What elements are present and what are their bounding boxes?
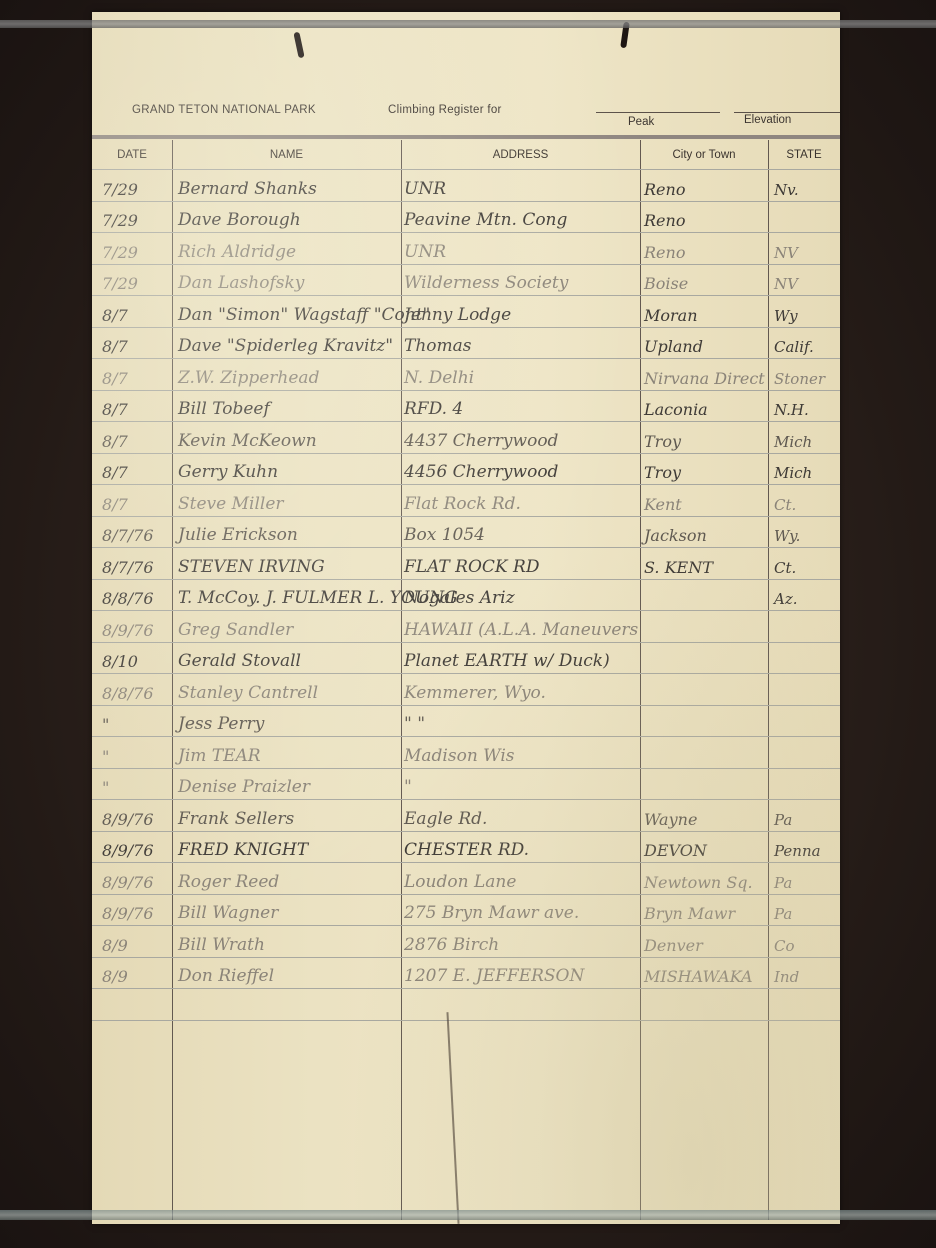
peak-label: Peak bbox=[628, 116, 654, 128]
entry-date: " bbox=[102, 715, 109, 734]
entry-city: DEVON bbox=[644, 841, 707, 860]
entry-address: 275 Bryn Mawr ave. bbox=[404, 903, 579, 923]
column-header-address: ADDRESS bbox=[401, 149, 640, 161]
table-row: 7/29Dave BoroughPeavine Mtn. CongReno bbox=[92, 201, 840, 233]
entry-name: STEVEN IRVING bbox=[178, 557, 325, 577]
entry-address: " " bbox=[404, 714, 425, 734]
glass-edge-top bbox=[0, 20, 936, 28]
table-row: 8/7/76Julie EricksonBox 1054JacksonWy. bbox=[92, 516, 840, 548]
entry-state: Wy bbox=[774, 307, 798, 325]
entry-address: Peavine Mtn. Cong bbox=[404, 210, 567, 230]
table-row: 8/7Bill TobeefRFD. 4LaconiaN.H. bbox=[92, 390, 840, 422]
entry-state: NV bbox=[774, 244, 798, 262]
entry-city: Troy bbox=[644, 463, 681, 482]
column-header-date: DATE bbox=[92, 149, 172, 161]
table-row: 8/9/76Greg SandlerHAWAII (A.L.A. Maneuve… bbox=[92, 610, 840, 642]
column-header-city: City or Town bbox=[640, 149, 768, 161]
entry-name: Dan "Simon" Wagstaff "Cont" bbox=[178, 305, 430, 325]
column-divider bbox=[768, 140, 769, 1220]
entry-state: N.H. bbox=[774, 401, 809, 419]
column-header-name: NAME bbox=[172, 149, 401, 161]
entry-date: 8/9/76 bbox=[102, 810, 154, 829]
entry-city: S. KENT bbox=[644, 558, 713, 577]
entry-city: Jackson bbox=[644, 526, 707, 545]
register-table: DATE NAME ADDRESS City or Town STATE 7/2… bbox=[92, 140, 840, 1220]
entry-address: Kemmerer, Wyo. bbox=[404, 683, 546, 703]
entry-name: Z.W. Zipperhead bbox=[178, 368, 319, 388]
entry-address: Flat Rock Rd. bbox=[404, 494, 521, 514]
column-header-state: STATE bbox=[768, 149, 840, 161]
entry-date: 8/7 bbox=[102, 432, 128, 451]
entry-city: Reno bbox=[644, 180, 685, 199]
entry-name: T. McCoy. J. FULMER L. YOUNG bbox=[178, 588, 458, 608]
entry-city: MISHAWAKA bbox=[644, 967, 753, 986]
entry-city: Laconia bbox=[644, 400, 708, 419]
table-row: 8/9/76Frank SellersEagle Rd.WaynePa bbox=[92, 799, 840, 831]
column-divider bbox=[640, 140, 641, 1220]
entry-name: Jess Perry bbox=[178, 714, 264, 734]
entry-state: Ct. bbox=[774, 559, 796, 577]
entry-name: Denise Praizler bbox=[178, 777, 310, 797]
table-row: 8/7Gerry Kuhn4456 CherrywoodTroyMich bbox=[92, 453, 840, 485]
entry-name: Dave Borough bbox=[178, 210, 301, 230]
entry-state: Nv. bbox=[774, 181, 799, 199]
entry-city: Kent bbox=[644, 495, 682, 514]
entry-name: Rich Aldridge bbox=[178, 242, 296, 262]
entry-date: 8/7/76 bbox=[102, 526, 154, 545]
entry-date: 7/29 bbox=[102, 211, 138, 230]
entry-state: Mich bbox=[774, 433, 812, 451]
table-row: 8/8/76Stanley CantrellKemmerer, Wyo. bbox=[92, 673, 840, 705]
entry-address: Eagle Rd. bbox=[404, 809, 487, 829]
entry-address: UNR bbox=[404, 179, 446, 199]
table-row: 8/7Kevin McKeown4437 CherrywoodTroyMich bbox=[92, 421, 840, 453]
entry-city: Boise bbox=[644, 274, 688, 293]
table-row: "Jim TEARMadison Wis bbox=[92, 736, 840, 768]
entry-state: NV bbox=[774, 275, 798, 293]
entry-date: 8/7 bbox=[102, 463, 128, 482]
entry-address: 4437 Cherrywood bbox=[404, 431, 558, 451]
blank-row bbox=[92, 988, 840, 1020]
header-rule bbox=[92, 135, 840, 139]
table-row: 8/7Dan "Simon" Wagstaff "Cont"Jenny Lodg… bbox=[92, 295, 840, 327]
entry-state: Pa bbox=[774, 874, 792, 892]
entry-address: Planet EARTH w/ Duck) bbox=[404, 651, 610, 671]
register-rows: 7/29Bernard ShanksUNRRenoNv.7/29Dave Bor… bbox=[92, 169, 840, 1051]
entry-name: Don Rieffel bbox=[178, 966, 274, 986]
entry-name: Bill Wagner bbox=[178, 903, 278, 923]
table-row: 8/9Bill Wrath2876 BirchDenverCo bbox=[92, 925, 840, 957]
entry-address: Jenny Lodge bbox=[404, 305, 511, 325]
entry-state: Wy. bbox=[774, 527, 800, 545]
climbing-register-sheet: GRAND TETON NATIONAL PARK Climbing Regis… bbox=[92, 12, 840, 1224]
column-divider bbox=[401, 140, 402, 1220]
table-row: 8/10Gerald StovallPlanet EARTH w/ Duck) bbox=[92, 642, 840, 674]
paper-tear bbox=[446, 1012, 459, 1224]
entry-state: Ind bbox=[774, 968, 799, 986]
table-row: 8/9Don Rieffel1207 E. JEFFERSONMISHAWAKA… bbox=[92, 957, 840, 989]
glass-edge-bottom bbox=[0, 1210, 936, 1220]
entry-date: 8/7 bbox=[102, 369, 128, 388]
entry-name: Stanley Cantrell bbox=[178, 683, 318, 703]
entry-address: N. Delhi bbox=[404, 368, 474, 388]
entry-city: Reno bbox=[644, 243, 685, 262]
entry-name: Roger Reed bbox=[178, 872, 279, 892]
entry-state: Ct. bbox=[774, 496, 796, 514]
table-row: 8/7/76STEVEN IRVINGFLAT ROCK RDS. KENTCt… bbox=[92, 547, 840, 579]
entry-name: Dan Lashofsky bbox=[178, 273, 304, 293]
entry-city: Denver bbox=[644, 936, 703, 955]
entry-date: 8/7 bbox=[102, 495, 128, 514]
entry-address: 4456 Cherrywood bbox=[404, 462, 558, 482]
entry-address: HAWAII (A.L.A. Maneuvers bbox=[404, 620, 638, 640]
entry-city: Upland bbox=[644, 337, 703, 356]
table-row: 8/8/76T. McCoy. J. FULMER L. YOUNGNogale… bbox=[92, 579, 840, 611]
entry-address: FLAT ROCK RD bbox=[404, 557, 539, 577]
register-label: Climbing Register for bbox=[388, 104, 502, 116]
column-divider bbox=[172, 140, 173, 1220]
entry-name: Gerry Kuhn bbox=[178, 462, 278, 482]
entry-city: Reno bbox=[644, 211, 685, 230]
table-row: 8/7Z.W. ZipperheadN. DelhiNirvana Direct… bbox=[92, 358, 840, 390]
entry-date: " bbox=[102, 747, 109, 766]
entry-date: " bbox=[102, 778, 109, 797]
entry-name: Jim TEAR bbox=[178, 746, 261, 766]
entry-date: 8/7/76 bbox=[102, 558, 154, 577]
entry-date: 8/9/76 bbox=[102, 873, 154, 892]
table-row: 7/29Rich AldridgeUNRRenoNV bbox=[92, 232, 840, 264]
entry-city: Troy bbox=[644, 432, 681, 451]
table-row: 8/9/76Roger ReedLoudon LaneNewtown Sq.Pa bbox=[92, 862, 840, 894]
entry-address: 1207 E. JEFFERSON bbox=[404, 966, 584, 986]
table-row: 7/29Dan LashofskyWilderness SocietyBoise… bbox=[92, 264, 840, 296]
entry-city: Wayne bbox=[644, 810, 697, 829]
entry-address: 2876 Birch bbox=[404, 935, 499, 955]
entry-name: Dave "Spiderleg Kravitz" bbox=[178, 336, 393, 356]
entry-address: Thomas bbox=[404, 336, 472, 356]
entry-name: Frank Sellers bbox=[178, 809, 294, 829]
entry-name: Kevin McKeown bbox=[178, 431, 317, 451]
table-row: "Jess Perry" " bbox=[92, 705, 840, 737]
entry-date: 8/7 bbox=[102, 400, 128, 419]
entry-address: Madison Wis bbox=[404, 746, 515, 766]
entry-name: FRED KNIGHT bbox=[178, 840, 308, 860]
entry-address: RFD. 4 bbox=[404, 399, 463, 419]
entry-name: Julie Erickson bbox=[178, 525, 298, 545]
entry-state: Stoner bbox=[774, 370, 825, 388]
entry-address: Loudon Lane bbox=[404, 872, 516, 892]
entry-date: 8/10 bbox=[102, 652, 138, 671]
table-row: 8/7Dave "Spiderleg Kravitz"ThomasUplandC… bbox=[92, 327, 840, 359]
entry-date: 8/7 bbox=[102, 306, 128, 325]
entry-date: 7/29 bbox=[102, 180, 138, 199]
entry-address: Nogales Ariz bbox=[404, 588, 515, 608]
entry-address: Wilderness Society bbox=[404, 273, 568, 293]
entry-state: Penna bbox=[774, 842, 821, 860]
entry-name: Gerald Stovall bbox=[178, 651, 301, 671]
entry-state: Pa bbox=[774, 905, 792, 923]
entry-state: Calif. bbox=[774, 338, 814, 356]
entry-name: Greg Sandler bbox=[178, 620, 293, 640]
entry-state: Co bbox=[774, 937, 795, 955]
punch-hole bbox=[293, 32, 304, 59]
entry-address: CHESTER RD. bbox=[404, 840, 529, 860]
entry-city: Newtown Sq. bbox=[644, 873, 753, 892]
entry-date: 7/29 bbox=[102, 274, 138, 293]
entry-city: Nirvana Direct bbox=[644, 369, 765, 388]
entry-city: Moran bbox=[644, 306, 698, 325]
entry-state: Mich bbox=[774, 464, 812, 482]
table-row: 8/7Steve MillerFlat Rock Rd.KentCt. bbox=[92, 484, 840, 516]
peak-blank-line bbox=[596, 112, 720, 113]
park-name: GRAND TETON NATIONAL PARK bbox=[132, 104, 316, 116]
entry-name: Bernard Shanks bbox=[178, 179, 317, 199]
entry-date: 8/8/76 bbox=[102, 684, 154, 703]
table-row: "Denise Praizler" bbox=[92, 768, 840, 800]
entry-name: Steve Miller bbox=[178, 494, 284, 514]
entry-name: Bill Tobeef bbox=[178, 399, 270, 419]
table-row: 8/9/76Bill Wagner275 Bryn Mawr ave.Bryn … bbox=[92, 894, 840, 926]
table-row: 7/29Bernard ShanksUNRRenoNv. bbox=[92, 169, 840, 201]
entry-date: 8/9 bbox=[102, 936, 128, 955]
entry-address: UNR bbox=[404, 242, 446, 262]
entry-date: 8/8/76 bbox=[102, 589, 154, 608]
entry-state: Pa bbox=[774, 811, 792, 829]
entry-city: Bryn Mawr bbox=[644, 904, 735, 923]
entry-date: 8/7 bbox=[102, 337, 128, 356]
entry-date: 7/29 bbox=[102, 243, 138, 262]
elevation-label: Elevation bbox=[744, 114, 791, 126]
entry-state: Az. bbox=[774, 590, 798, 608]
blank-row bbox=[92, 1020, 840, 1052]
entry-date: 8/9/76 bbox=[102, 841, 154, 860]
entry-date: 8/9/76 bbox=[102, 621, 154, 640]
elevation-blank-line bbox=[734, 112, 840, 113]
entry-date: 8/9/76 bbox=[102, 904, 154, 923]
entry-name: Bill Wrath bbox=[178, 935, 265, 955]
entry-address: Box 1054 bbox=[404, 525, 485, 545]
table-row: 8/9/76FRED KNIGHTCHESTER RD.DEVONPenna bbox=[92, 831, 840, 863]
entry-date: 8/9 bbox=[102, 967, 128, 986]
entry-address: " bbox=[404, 777, 412, 797]
